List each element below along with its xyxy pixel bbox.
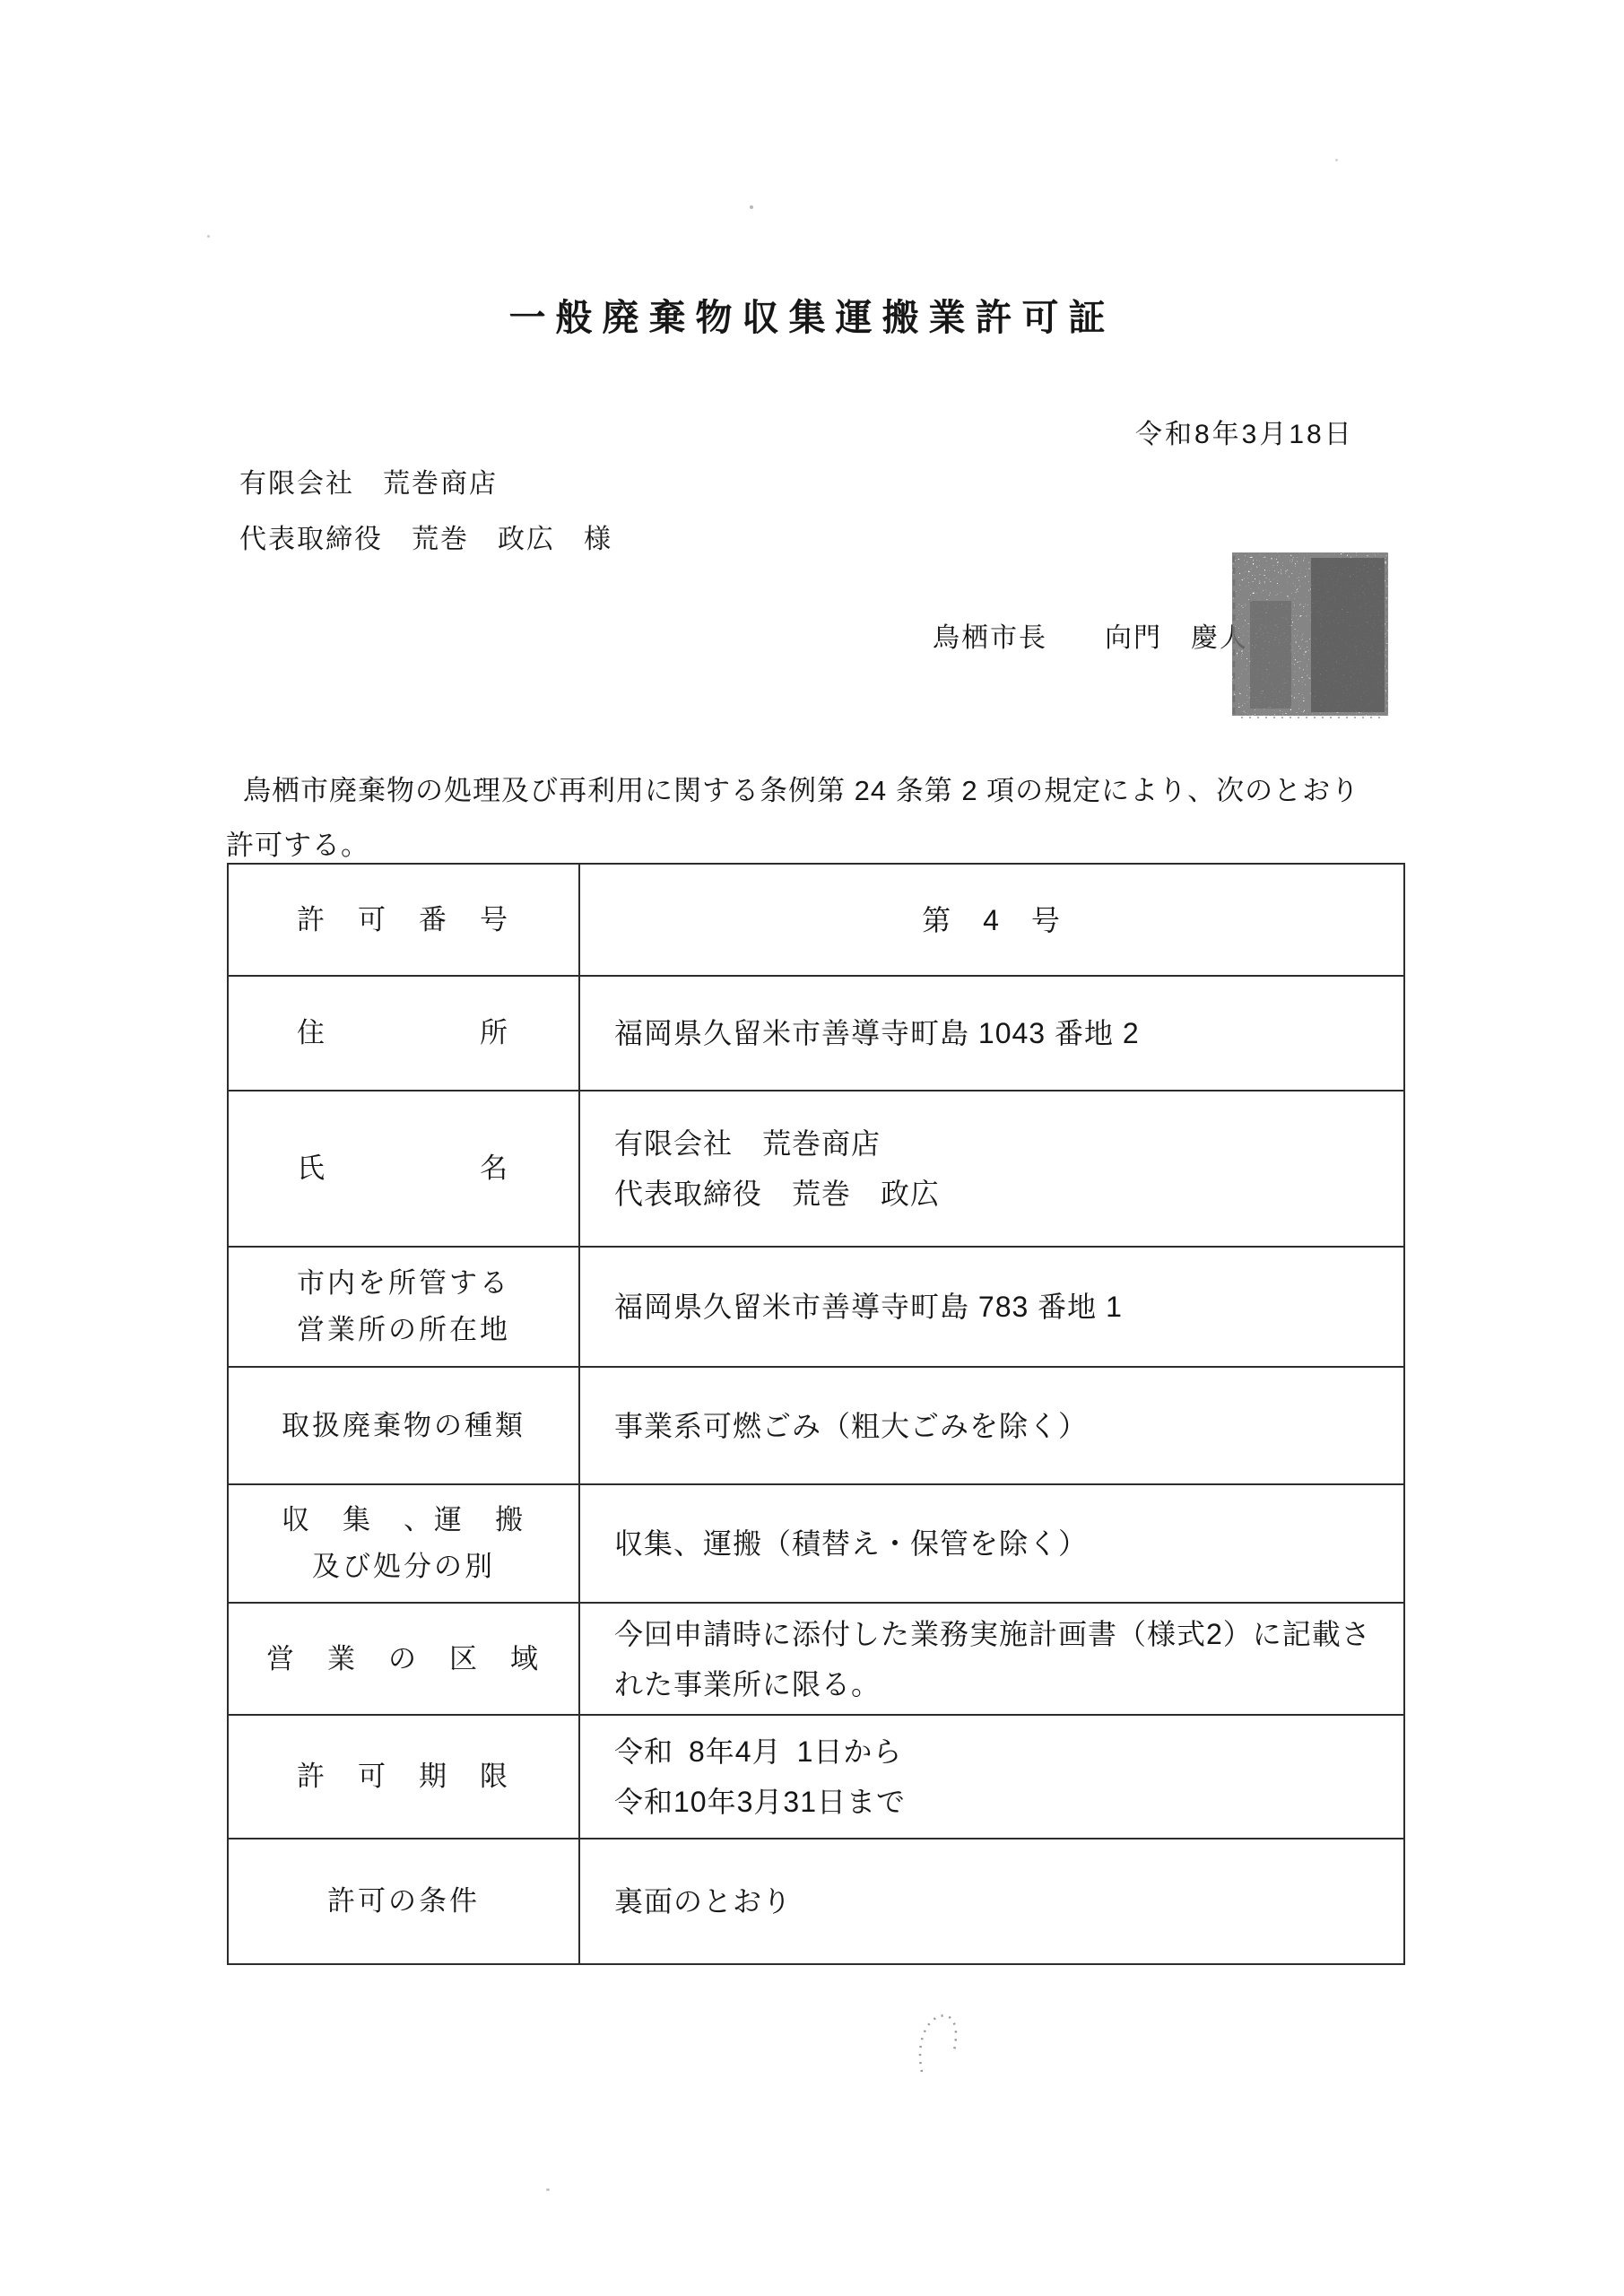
scan-speck	[546, 2188, 550, 2191]
value-line: 事業系可燃ごみ（粗大ごみを除く）	[614, 1401, 1088, 1451]
value-address: 福岡県久留米市善導寺町島 1043 番地 2	[580, 975, 1403, 1090]
value-permit-conditions: 裏面のとおり	[580, 1838, 1403, 1963]
label-operation-type: 収 集 、運 搬 及び処分の別	[229, 1483, 580, 1602]
value-line: 第 4 号	[922, 895, 1062, 945]
value-line: 有限会社 荒巻商店	[614, 1118, 881, 1169]
value-line: 令和10年3月31日まで	[614, 1777, 906, 1827]
label-permit-number: 許 可 番 号	[229, 865, 580, 975]
label-name: 氏 名	[229, 1090, 580, 1246]
value-name: 有限会社 荒巻商店 代表取締役 荒巻 政広	[580, 1090, 1403, 1246]
scan-speck	[1335, 159, 1338, 161]
scan-speck	[750, 205, 753, 209]
label-line: 及び処分の別	[312, 1544, 495, 1590]
preamble-line-1: 鳥栖市廃棄物の処理及び再利用に関する条例第 24 条第 2 項の規定により、次の…	[226, 763, 1419, 818]
value-line: 代表取締役 荒巻 政広	[614, 1169, 940, 1219]
label-line: 市内を所管する	[297, 1260, 510, 1307]
label-waste-type: 取扱廃棄物の種類	[229, 1366, 580, 1483]
value-line: 福岡県久留米市善導寺町島 1043 番地 2	[614, 1008, 1140, 1058]
label-line: 氏 名	[297, 1145, 510, 1192]
value-business-area: 今回申請時に添付した業務実施計画書（様式2）に記載さ れた事業所に限る。	[580, 1602, 1403, 1714]
value-permit-period: 令和 8年4月 1日から 令和10年3月31日まで	[580, 1714, 1403, 1838]
label-permit-period: 許 可 期 限	[229, 1714, 580, 1838]
preamble-paragraph: 鳥栖市廃棄物の処理及び再利用に関する条例第 24 条第 2 項の規定により、次の…	[226, 763, 1419, 873]
issuer-mayor-line: 鳥栖市長 向門 慶人	[933, 615, 1248, 655]
label-permit-conditions: 許可の条件	[229, 1838, 580, 1963]
scan-arc-artifact	[913, 2009, 970, 2077]
label-office-location: 市内を所管する 営業所の所在地	[229, 1246, 580, 1366]
label-line: 収 集 、運 搬	[282, 1497, 525, 1544]
recipient-representative: 代表取締役 荒巻 政広 様	[239, 512, 612, 568]
page-title: 一般廃棄物収集運搬業許可証	[0, 288, 1624, 341]
label-line: 営業所の所在地	[297, 1307, 510, 1353]
label-business-area: 営 業 の 区 域	[229, 1602, 580, 1714]
recipient-block: 有限会社 荒巻商店 代表取締役 荒巻 政広 様	[239, 457, 612, 568]
value-line: 令和 8年4月 1日から	[614, 1726, 902, 1777]
label-line: 許 可 期 限	[297, 1753, 510, 1800]
label-line: 許 可 番 号	[297, 897, 510, 944]
permit-document-page: 一般廃棄物収集運搬業許可証 令和8年3月18日 有限会社 荒巻商店 代表取締役 …	[0, 0, 1624, 2296]
label-line: 許可の条件	[327, 1878, 480, 1925]
recipient-company: 有限会社 荒巻商店	[239, 457, 612, 512]
seal-stamp-graphic	[1229, 547, 1392, 721]
value-line: 今回申請時に添付した業務実施計画書（様式2）に記載さ	[614, 1609, 1371, 1659]
value-office-location: 福岡県久留米市善導寺町島 783 番地 1	[580, 1246, 1403, 1366]
label-address: 住 所	[229, 975, 580, 1090]
permit-table: 許 可 番 号 第 4 号 住 所 福岡県久留米市善導寺町島 1043 番地 2…	[227, 863, 1405, 1965]
value-permit-number: 第 4 号	[580, 865, 1403, 975]
mayor-seal-stamp	[1229, 547, 1392, 721]
value-line: 収集、運搬（積替え・保管を除く）	[614, 1518, 1088, 1569]
value-waste-type: 事業系可燃ごみ（粗大ごみを除く）	[580, 1366, 1403, 1483]
value-line: 福岡県久留米市善導寺町島 783 番地 1	[614, 1282, 1123, 1332]
label-line: 住 所	[297, 1010, 510, 1057]
value-operation-type: 収集、運搬（積替え・保管を除く）	[580, 1483, 1403, 1602]
value-line: 裏面のとおり	[614, 1876, 792, 1926]
issue-date: 令和8年3月18日	[1135, 412, 1354, 451]
scan-speck	[207, 235, 210, 238]
label-line: 営 業 の 区 域	[266, 1636, 541, 1683]
label-line: 取扱廃棄物の種類	[282, 1403, 525, 1449]
value-line: れた事業所に限る。	[614, 1659, 881, 1709]
